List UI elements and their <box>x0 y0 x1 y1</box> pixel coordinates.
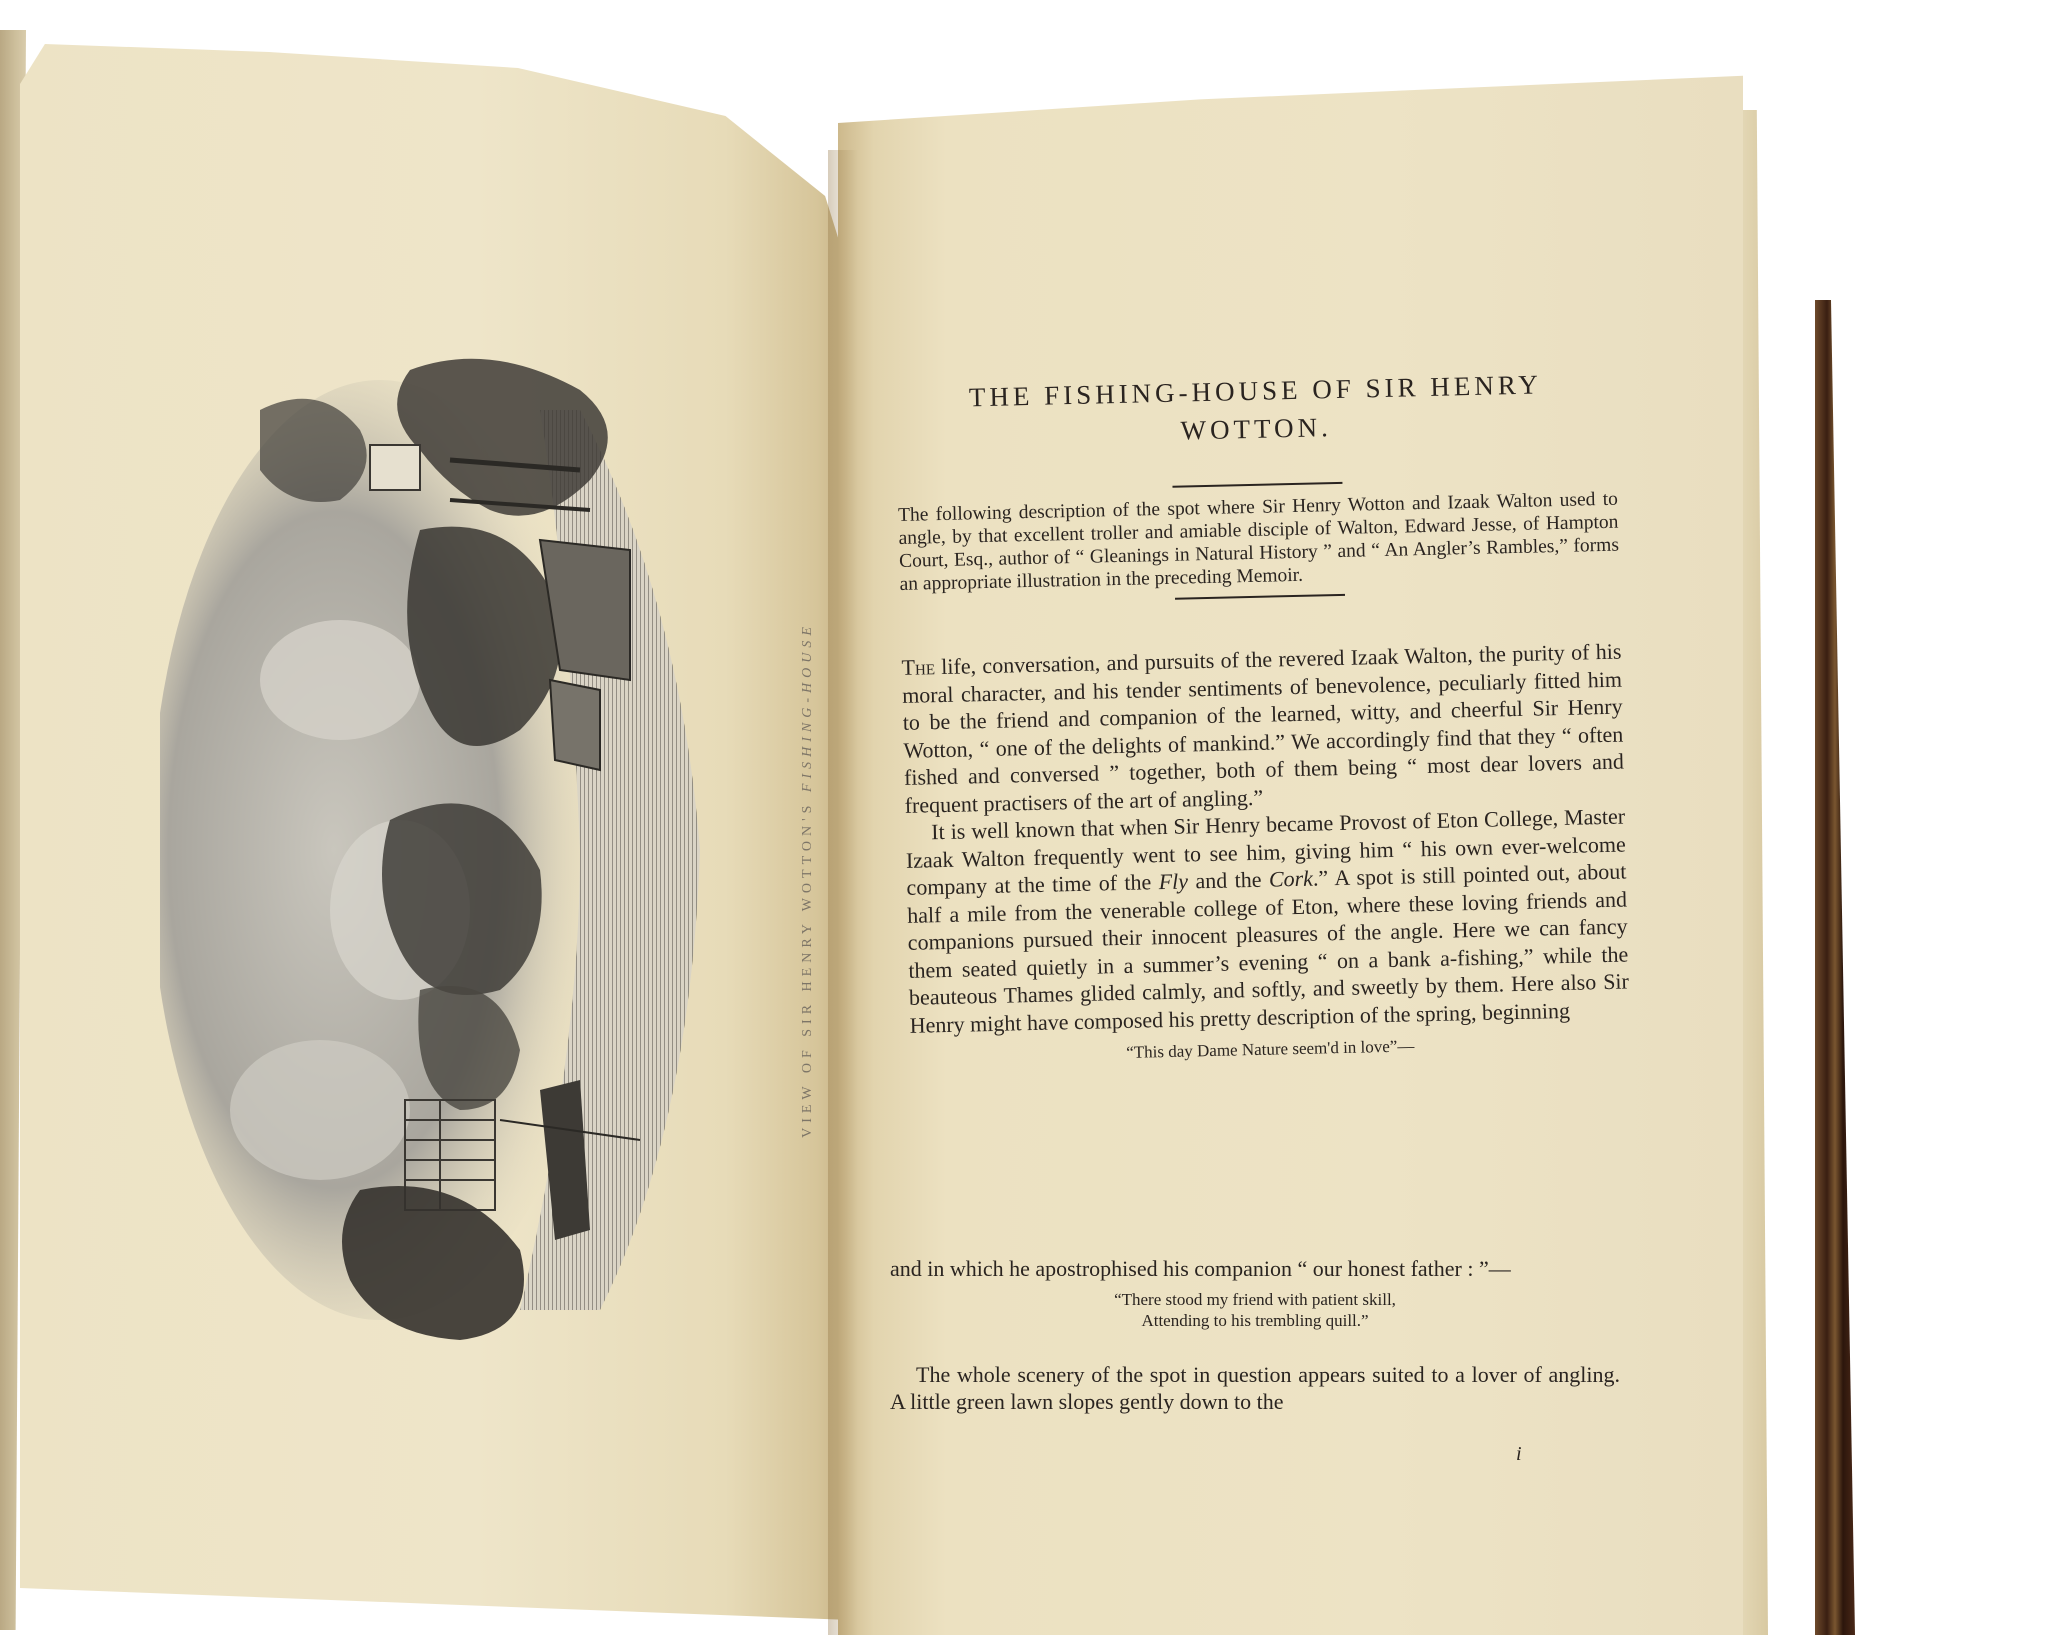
paragraph-1-text: life, conversation, and pursuits of the … <box>902 639 1624 818</box>
paragraph-2-cork: Cork <box>1269 866 1314 892</box>
gutter-shadow <box>828 150 858 1635</box>
verse-quote-2-line2: Attending to his trembling quill.” <box>1141 1311 1368 1330</box>
verse-quote-2-line1: “There stood my friend with patient skil… <box>1114 1290 1396 1309</box>
verse-quote-2: “There stood my friend with patient skil… <box>890 1289 1620 1331</box>
paragraph-2-text-b: and the <box>1188 867 1269 894</box>
intro-note: The following description of the spot wh… <box>898 488 1620 596</box>
paragraph-1-lead: The <box>901 654 935 680</box>
signature-mark: i <box>1516 1443 1522 1466</box>
engraving-illustration <box>160 350 740 1340</box>
chapter-title-line2: WOTTON. <box>1180 412 1332 445</box>
plate-caption-roman: VIEW OF SIR HENRY WOTTON'S <box>800 801 815 1138</box>
plate-caption-italic: FISHING-HOUSE <box>800 622 815 792</box>
paragraph-1: The life, conversation, and pursuits of … <box>901 638 1625 819</box>
leather-cover-edge <box>1815 300 1855 1635</box>
engraving-illustration-icon <box>160 350 740 1340</box>
right-page-text-lower: and in which he apostrophised his compan… <box>890 1255 1620 1416</box>
right-page-fore-edge <box>1740 110 1768 1635</box>
paragraph-2: It is well known that when Sir Henry bec… <box>905 803 1630 1039</box>
paragraph-4: The whole scenery of the spot in questio… <box>890 1361 1620 1416</box>
right-page-text: THE FISHING-HOUSE OF SIR HENRY WOTTON. T… <box>895 364 1631 1094</box>
open-book: VIEW OF SIR HENRY WOTTON'S FISHING-HOUSE… <box>0 0 2048 1635</box>
paragraph-3: and in which he apostrophised his compan… <box>890 1255 1620 1283</box>
title-rule-bottom <box>1175 594 1345 600</box>
title-rule-top <box>1172 482 1342 488</box>
paragraph-2-fly: Fly <box>1158 868 1188 894</box>
chapter-title-line1: THE FISHING-HOUSE OF SIR HENRY <box>969 369 1543 412</box>
chapter-title: THE FISHING-HOUSE OF SIR HENRY WOTTON. <box>895 364 1617 456</box>
